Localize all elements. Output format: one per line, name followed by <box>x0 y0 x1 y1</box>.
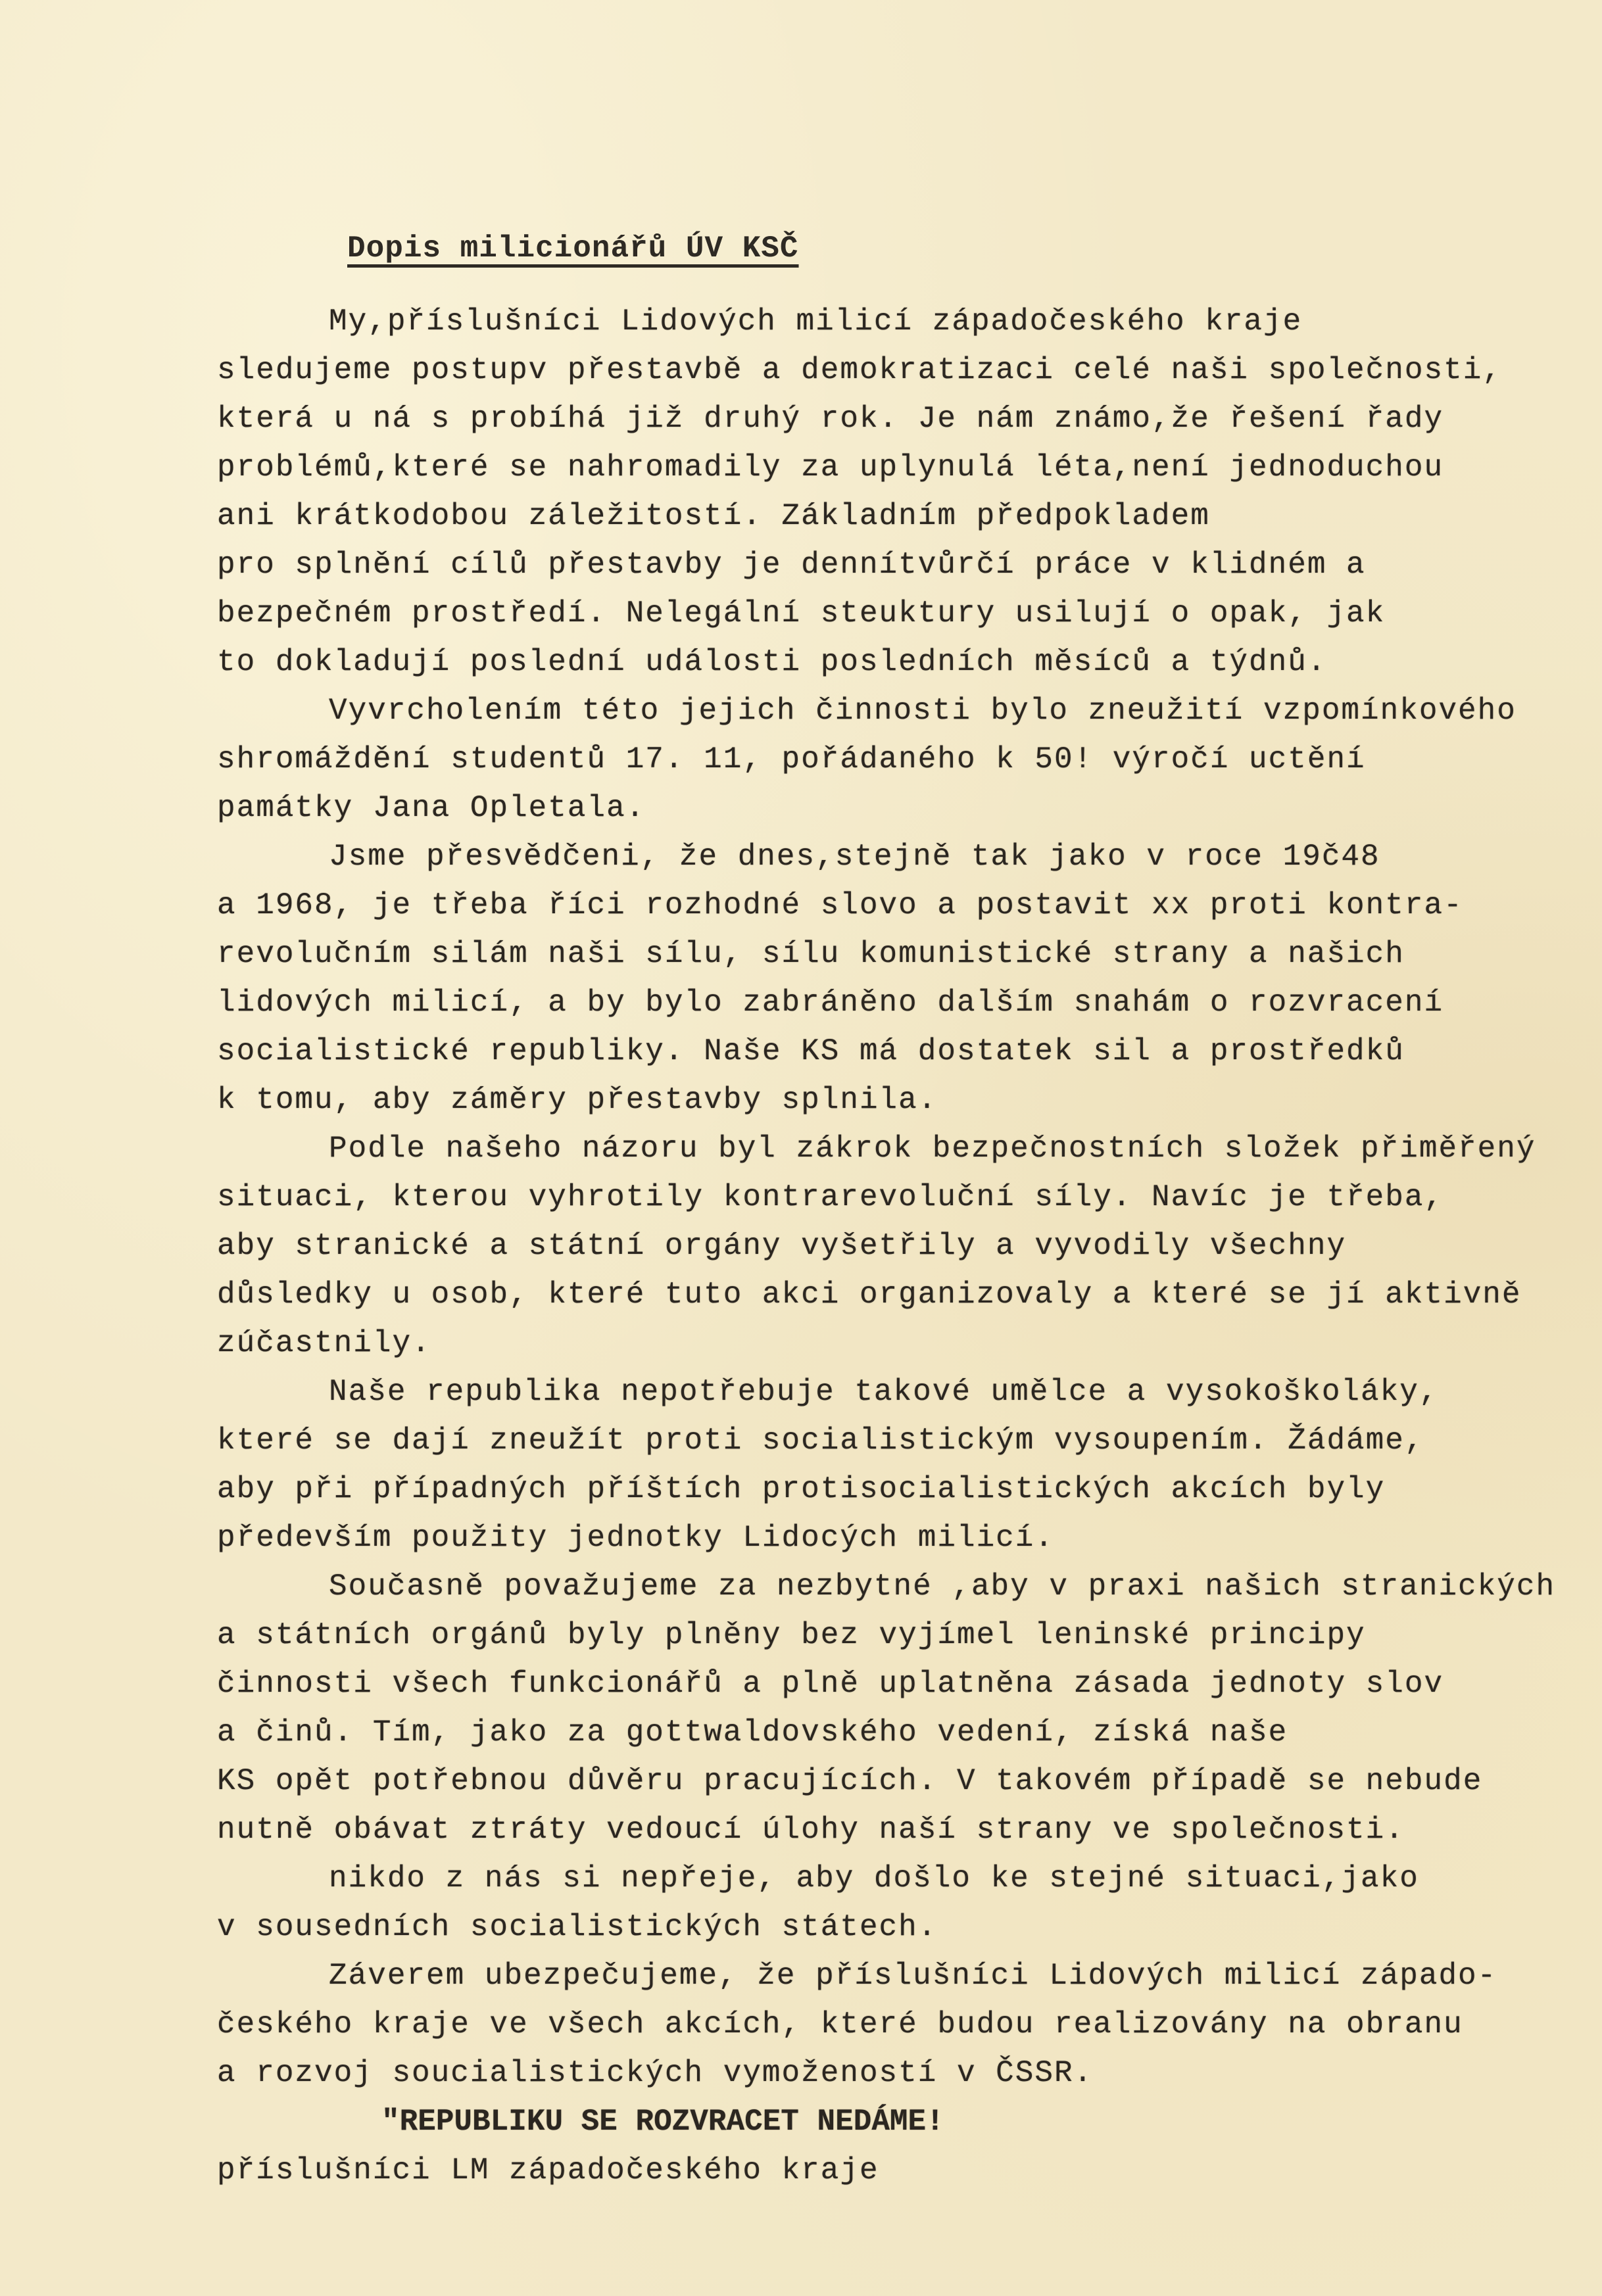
text-line: Naše republika nepotřebuje takové umělce… <box>217 1368 1598 1416</box>
text-line: důsledky u osob, které tuto akci organiz… <box>217 1270 1598 1319</box>
text-line: ani krátkodobou záležitostí. Základním p… <box>217 492 1598 540</box>
text-line: Podle našeho názoru byl zákrok bezpečnos… <box>217 1124 1598 1173</box>
text-line: a státních orgánů byly plněny bez vyjíme… <box>217 1611 1598 1660</box>
text-line: která u ná s probíhá již druhý rok. Je n… <box>217 395 1598 443</box>
text-line: Záverem ubezpečujeme, že příslušníci Lid… <box>217 1951 1598 2000</box>
text-line: českého kraje ve všech akcích, které bud… <box>217 2000 1598 2049</box>
document-page: Dopis milicionářů ÚV KSČ My,příslušníci … <box>0 0 1602 2296</box>
text-line: které se dají zneužít proti socialistick… <box>217 1416 1598 1465</box>
text-line: shromáždění studentů 17. 11, pořádaného … <box>217 735 1598 784</box>
text-line: sledujeme postupv přestavbě a demokratiz… <box>217 346 1598 395</box>
document-title: Dopis milicionářů ÚV KSČ <box>347 231 799 266</box>
text-line: památky Jana Opletala. <box>217 784 1598 832</box>
text-line: v sousedních socialistických státech. <box>217 1903 1598 1951</box>
signature: příslušníci LM západočeského kraje <box>217 2146 1598 2195</box>
slogan: "REPUBLIKU SE ROZVRACET NEDÁME! <box>217 2097 1598 2146</box>
text-line: aby při případných příštích protisociali… <box>217 1465 1598 1514</box>
text-line: nikdo z nás si nepřeje, aby došlo ke ste… <box>217 1854 1598 1903</box>
text-line: situaci, kterou vyhrotily kontrarevolučn… <box>217 1173 1598 1222</box>
text-line: Vyvrcholením této jejich činnosti bylo z… <box>217 686 1598 735</box>
text-line: a 1968, je třeba říci rozhodné slovo a p… <box>217 881 1598 930</box>
text-line: nutně obávat ztráty vedoucí úlohy naší s… <box>217 1806 1598 1854</box>
text-line: aby stranické a státní orgány vyšetřily … <box>217 1222 1598 1270</box>
text-line: bezpečném prostředí. Nelegální steuktury… <box>217 589 1598 638</box>
text-line: to dokladují poslední události posledníc… <box>217 638 1598 686</box>
text-line: KS opět potřebnou důvěru pracujících. V … <box>217 1757 1598 1806</box>
text-line: problémů,které se nahromadily za uplynul… <box>217 443 1598 492</box>
text-line: revolučním silám naši sílu, sílu komunis… <box>217 930 1598 978</box>
text-line: pro splnění cílů přestavby je dennítvůrč… <box>217 540 1598 589</box>
text-line: činnosti všech funkcionářů a plně uplatn… <box>217 1660 1598 1708</box>
document-body: My,příslušníci Lidových milicí západočes… <box>217 297 1598 2195</box>
text-line: a činů. Tím, jako za gottwaldovského ved… <box>217 1708 1598 1757</box>
text-line: k tomu, aby záměry přestavby splnila. <box>217 1076 1598 1124</box>
text-line: My,příslušníci Lidových milicí západočes… <box>217 297 1598 346</box>
text-line: socialistické republiky. Naše KS má dost… <box>217 1027 1598 1076</box>
text-line: Současně považujeme za nezbytné ,aby v p… <box>217 1562 1598 1611</box>
text-line: Jsme přesvědčeni, že dnes,stejně tak jak… <box>217 832 1598 881</box>
text-line: a rozvoj soucialistických vymožeností v … <box>217 2049 1598 2097</box>
text-line: zúčastnily. <box>217 1319 1598 1368</box>
text-line: především použity jednotky Lidocých mili… <box>217 1514 1598 1562</box>
text-line: lidových milicí, a by bylo zabráněno dal… <box>217 978 1598 1027</box>
